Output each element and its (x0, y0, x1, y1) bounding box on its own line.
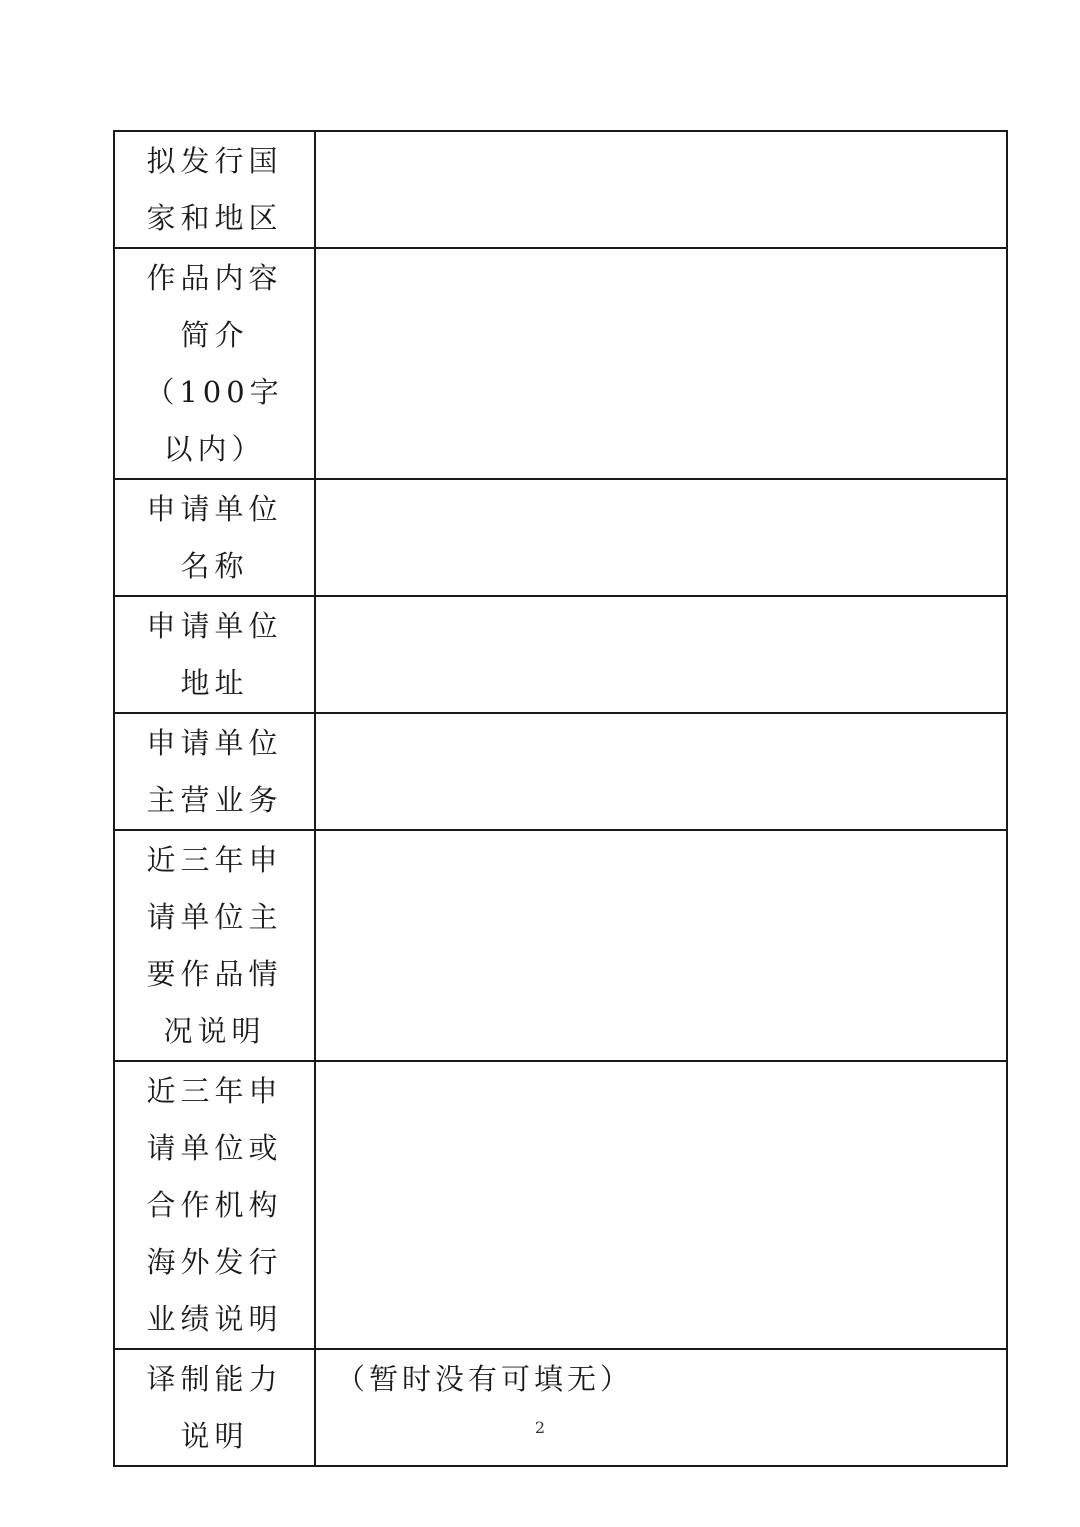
table-row: 作品内容简介（100字以内） (114, 248, 1007, 479)
field-label-cell: 译制能力说明 (114, 1349, 315, 1466)
field-value: （暂时没有可填无） (316, 1351, 1006, 1408)
field-label: 申请单位名称 (115, 481, 314, 595)
field-label: 近三年申请单位或合作机构海外发行业绩说明 (115, 1063, 314, 1348)
field-value-cell-overseas-performance[interactable] (315, 1061, 1007, 1349)
field-label: 近三年申请单位主要作品情况说明 (115, 832, 314, 1060)
field-label: 作品内容简介（100字以内） (115, 250, 314, 478)
table-row: 申请单位名称 (114, 479, 1007, 596)
field-label-cell: 申请单位主营业务 (114, 713, 315, 830)
field-label: 译制能力说明 (115, 1351, 314, 1465)
field-label: 拟发行国家和地区 (115, 133, 314, 247)
field-label: 申请单位地址 (115, 598, 314, 712)
field-value-cell-target-country[interactable] (315, 131, 1007, 248)
field-label-cell: 作品内容简介（100字以内） (114, 248, 315, 479)
table-row: 申请单位主营业务 (114, 713, 1007, 830)
table-row: 拟发行国家和地区 (114, 131, 1007, 248)
field-label-cell: 近三年申请单位或合作机构海外发行业绩说明 (114, 1061, 315, 1349)
field-value-cell-main-works[interactable] (315, 830, 1007, 1061)
field-label-cell: 申请单位地址 (114, 596, 315, 713)
field-label-cell: 拟发行国家和地区 (114, 131, 315, 248)
field-label: 申请单位主营业务 (115, 715, 314, 829)
application-form-table: 拟发行国家和地区 作品内容简介（100字以内） 申请单位名称 申请单位地址 申请… (113, 130, 1008, 1467)
field-value-cell-main-business[interactable] (315, 713, 1007, 830)
field-label-cell: 近三年申请单位主要作品情况说明 (114, 830, 315, 1061)
table-row: 近三年申请单位主要作品情况说明 (114, 830, 1007, 1061)
table-row: 申请单位地址 (114, 596, 1007, 713)
table-row: 译制能力说明 （暂时没有可填无） (114, 1349, 1007, 1466)
field-value-cell-applicant-address[interactable] (315, 596, 1007, 713)
field-value-cell-applicant-name[interactable] (315, 479, 1007, 596)
field-label-cell: 申请单位名称 (114, 479, 315, 596)
table-row: 近三年申请单位或合作机构海外发行业绩说明 (114, 1061, 1007, 1349)
field-value-cell-translation-capability[interactable]: （暂时没有可填无） (315, 1349, 1007, 1466)
document-page: 拟发行国家和地区 作品内容简介（100字以内） 申请单位名称 申请单位地址 申请… (0, 0, 1080, 1527)
field-value-cell-content-summary[interactable] (315, 248, 1007, 479)
page-number: 2 (0, 1418, 1080, 1437)
